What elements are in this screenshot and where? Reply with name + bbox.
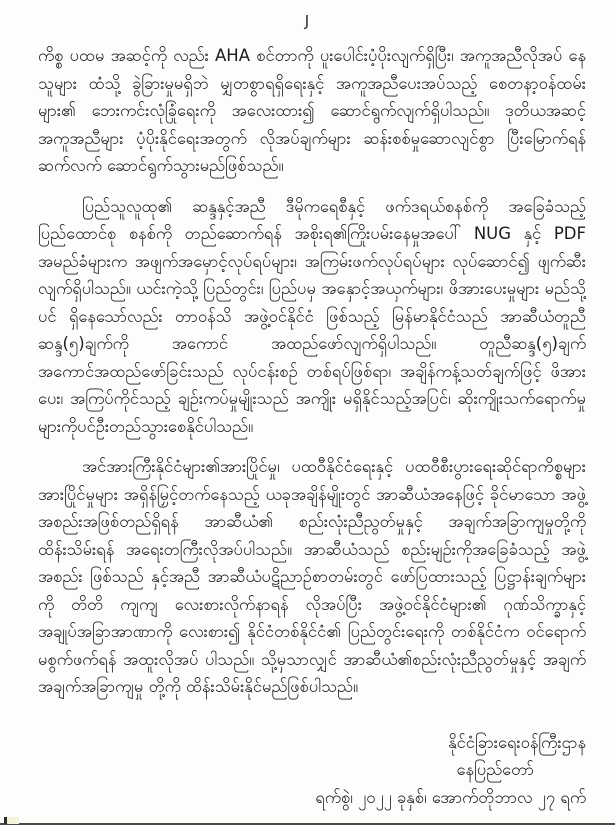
scan-artifact-corner-mark [4,817,19,824]
signature-date: ရက်စွဲ၊ ၂၀၂၂ ခုနှစ်၊ အောက်တိုဘာလ ၂၇ ရက် [38,784,586,812]
paragraph-1: ကိစ္စ ပထမ အဆင့်ကို လည်း AHA စင်တာကို ပူး… [38,42,586,180]
page-number: J [0,12,615,30]
paragraph-2: ပြည်သူလူထု၏ ဆန္ဒနှင့်အညီ ဒီမိုကရေစီနှင့်… [38,193,586,441]
document-page: J ကိစ္စ ပထမ အဆင့်ကို လည်း AHA စင်တာကို ပ… [0,0,615,825]
signature-organization: နိုင်ငံခြားရေးဝန်ကြီးဌာန [38,729,586,757]
signature-block: နိုင်ငံခြားရေးဝန်ကြီးဌာန နေပြည်တော် ရက်စ… [38,729,586,812]
signature-location: နေပြည်တော် [38,756,534,784]
paragraph-3: အင်အားကြီးနိုင်ငံများ၏အားပြိုင်မှု၊ ပထဝီ… [38,453,586,701]
document-body: ကိစ္စ ပထမ အဆင့်ကို လည်း AHA စင်တာကို ပူး… [38,42,586,811]
